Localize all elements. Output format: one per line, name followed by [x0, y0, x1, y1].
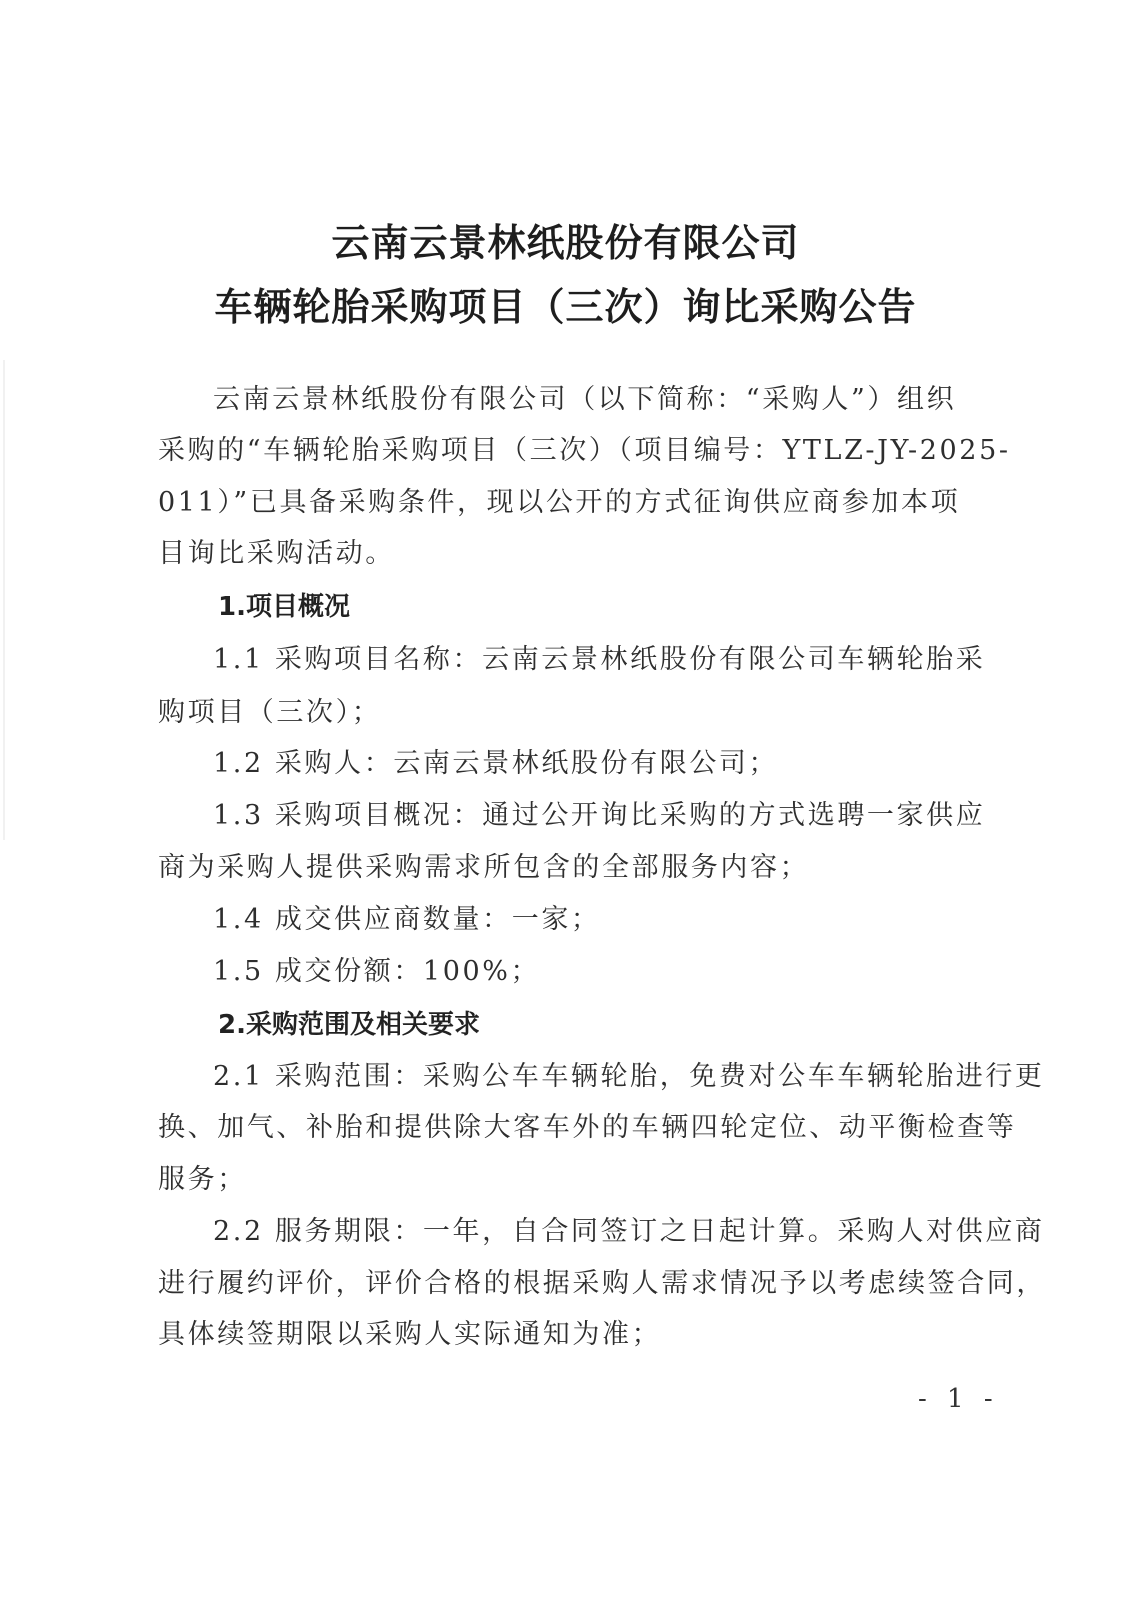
item-1-1-line-1: 1.1 采购项目名称：云南云景林纸股份有限公司车辆轮胎采	[213, 643, 985, 677]
section-2-heading: 2.采购范围及相关要求	[218, 1008, 480, 1042]
item-1-1-line-2: 购项目（三次）；	[158, 696, 381, 730]
item-2-1-line-3: 服务；	[158, 1163, 247, 1197]
item-2-2-line-3: 具体续签期限以采购人实际通知为准；	[158, 1318, 661, 1352]
item-2-2-line-2: 进行履约评价，评价合格的根据采购人需求情况予以考虑续签合同，	[158, 1267, 1046, 1301]
intro-line-3: 011）”已具备采购条件，现以公开的方式征询供应商参加本项	[158, 486, 960, 520]
item-2-1-line-2: 换、加气、补胎和提供除大客车外的车辆四轮定位、动平衡检查等	[158, 1111, 1016, 1145]
item-1-3-line-1: 1.3 采购项目概况：通过公开询比采购的方式选聘一家供应	[213, 799, 985, 833]
intro-line-1: 云南云景林纸股份有限公司（以下简称：“采购人”）组织	[213, 383, 956, 417]
page-number: - 1 -	[918, 1384, 999, 1414]
intro-line-4: 目询比采购活动。	[158, 537, 395, 571]
item-2-2-line-1: 2.2 服务期限：一年，自合同签订之日起计算。采购人对供应商	[213, 1215, 1045, 1249]
document-title-company: 云南云景林纸股份有限公司	[0, 212, 1131, 267]
scan-edge-artifact	[3, 360, 5, 840]
item-1-5: 1.5 成交份额：100%；	[213, 955, 540, 989]
document-title-project: 车辆轮胎采购项目（三次）询比采购公告	[0, 276, 1131, 331]
item-1-4: 1.4 成交供应商数量：一家；	[213, 903, 601, 937]
item-2-1-line-1: 2.1 采购范围：采购公车车辆轮胎，免费对公车车辆轮胎进行更	[213, 1060, 1045, 1094]
item-1-2: 1.2 采购人：云南云景林纸股份有限公司；	[213, 747, 778, 781]
item-1-3-line-2: 商为采购人提供采购需求所包含的全部服务内容；	[158, 851, 809, 885]
intro-line-2: 采购的“车辆轮胎采购项目（三次）（项目编号：YTLZ-JY-2025-	[158, 434, 1011, 468]
section-1-heading: 1.项目概况	[218, 590, 350, 624]
